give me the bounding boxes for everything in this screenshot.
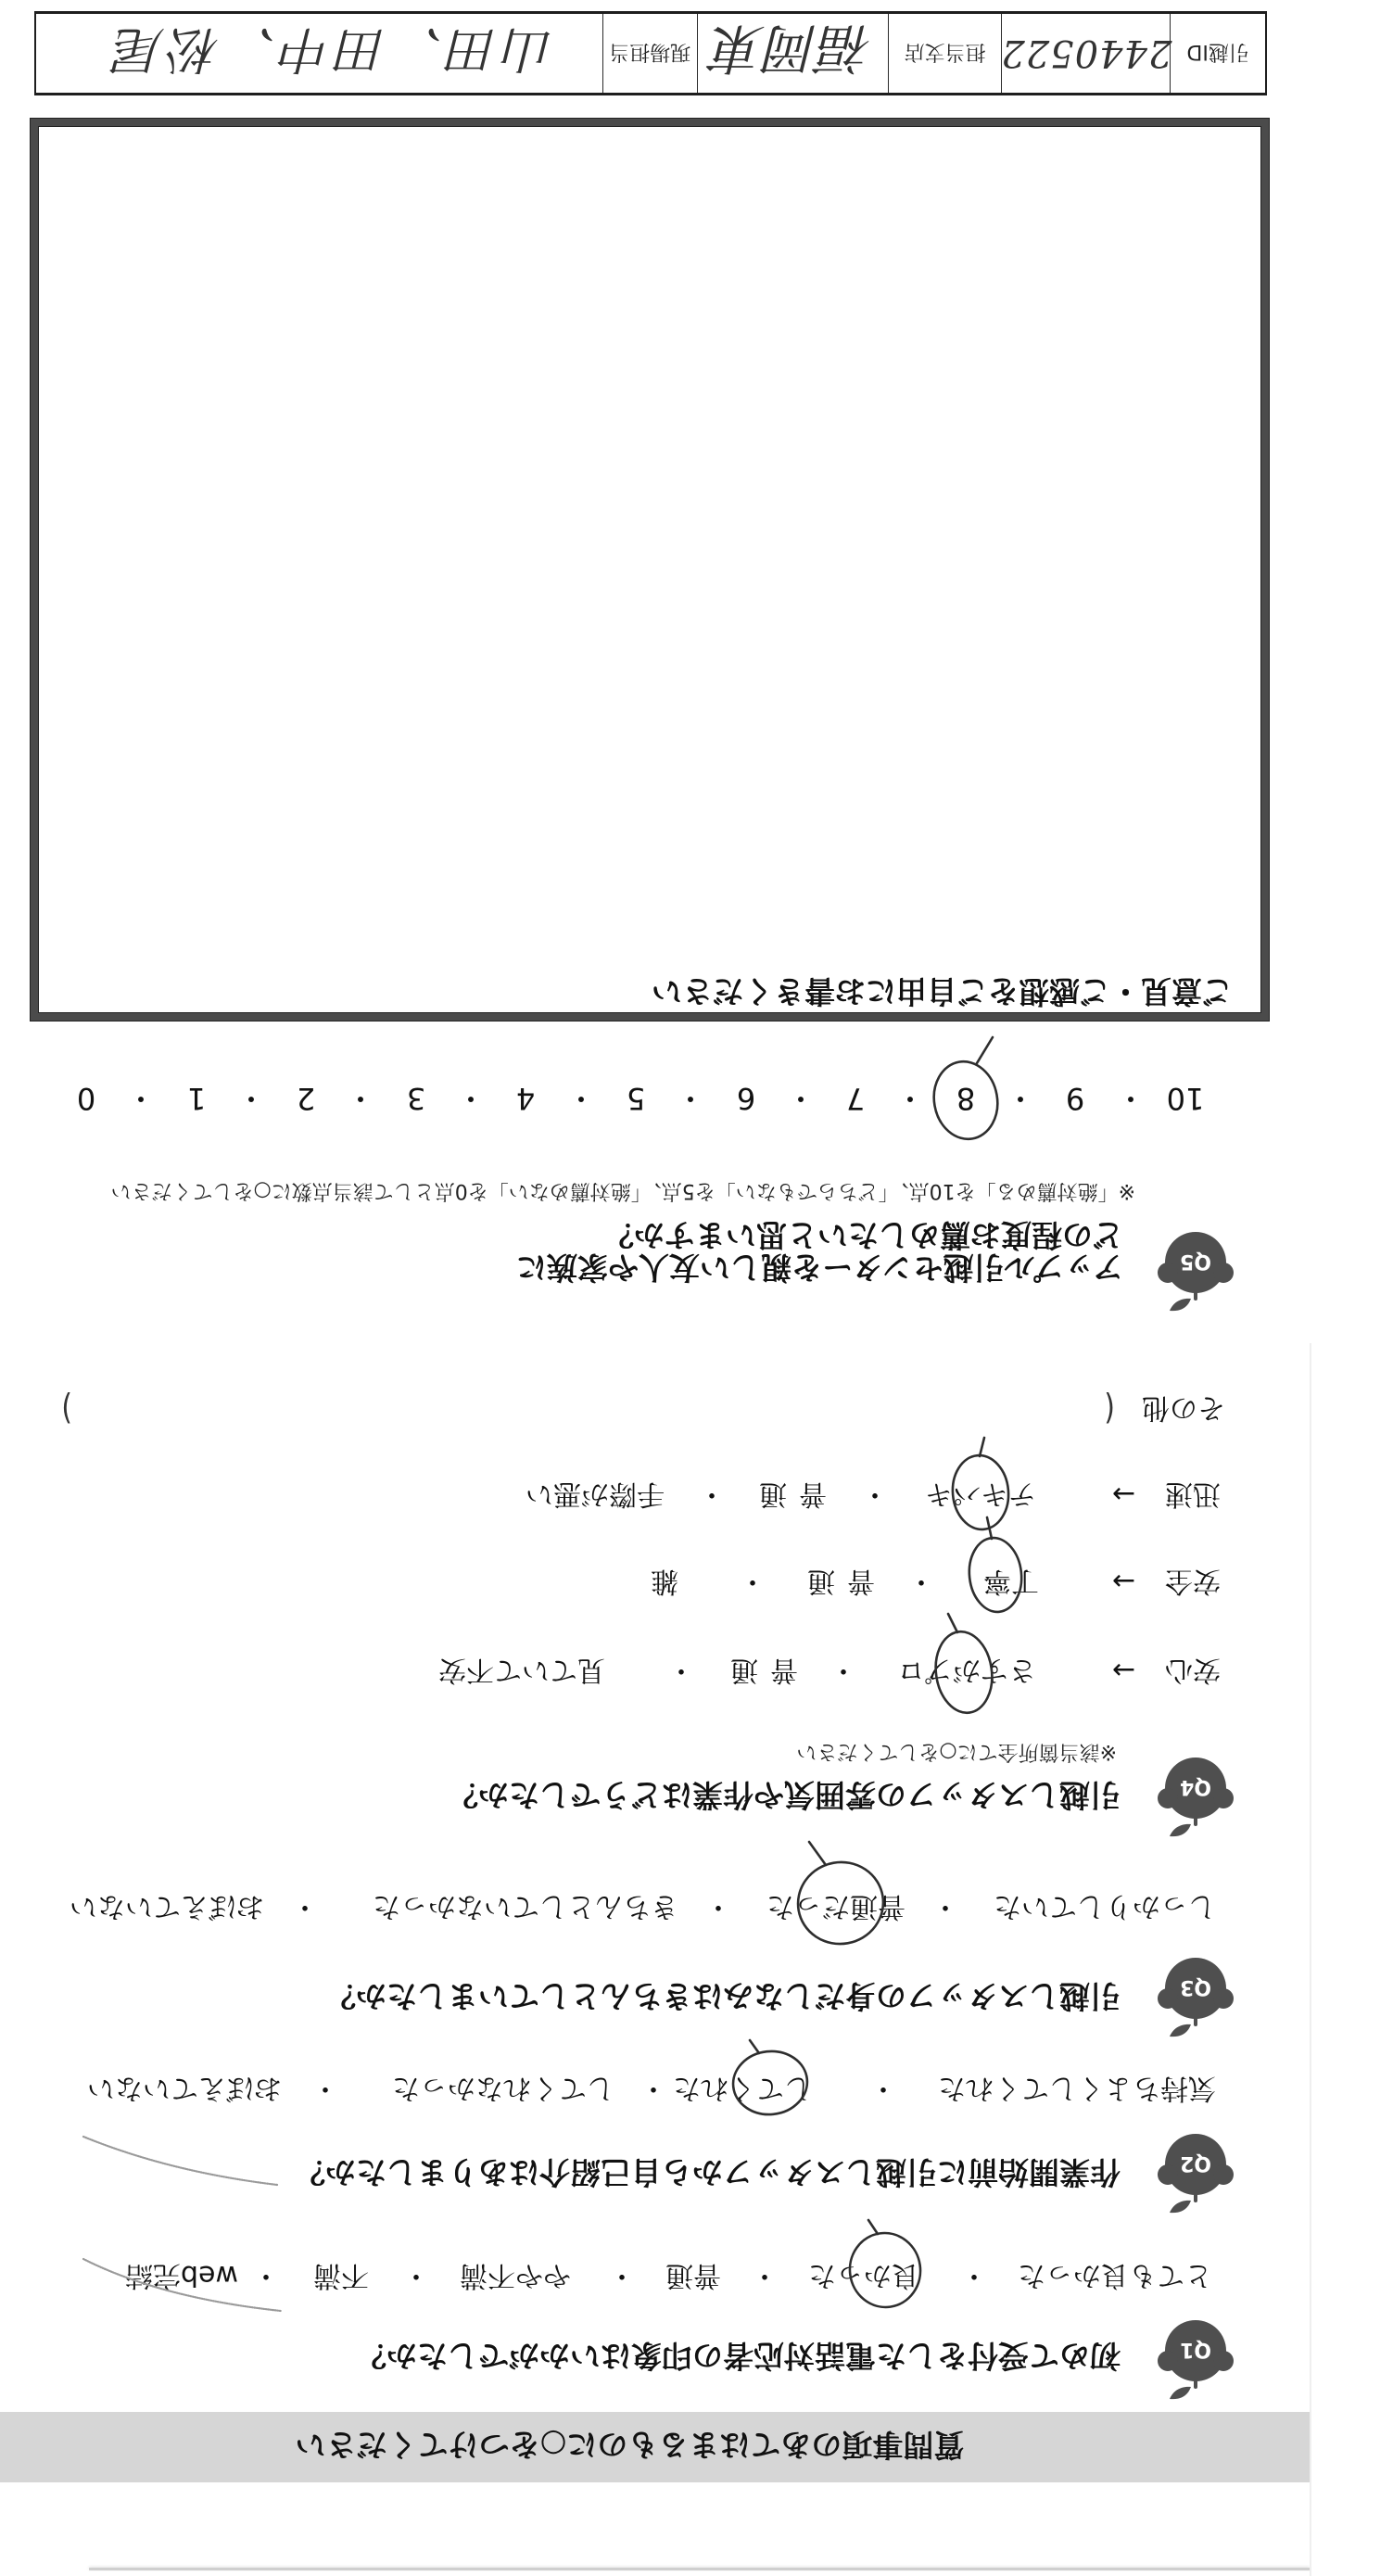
branch-label-cell: 担当支店: [888, 14, 1002, 93]
q4-row1-option: 雑: [651, 1565, 678, 1596]
score-4: 4: [498, 1082, 553, 1115]
q3-option: きちんとしていなかった: [373, 1890, 678, 1922]
score-3: 3: [388, 1082, 444, 1115]
scanned-survey-form: 質問事項のあてはまるものに○をつけてください Q1 初めて受付をした電話対応者の…: [0, 0, 1393, 2576]
option-separator: ・: [861, 1478, 889, 1509]
q2-option: おぼえていない: [87, 2072, 282, 2103]
q2-apple-badge-icon: Q2: [1154, 2131, 1237, 2216]
q4-row0-option: 見ていて不安: [438, 1654, 605, 1685]
score-9: 9: [1047, 1082, 1103, 1115]
field-staff-label-cell: 現場担当: [602, 14, 697, 93]
score-separator: ・: [346, 1082, 375, 1115]
branch-value-cell: 福岡東: [697, 14, 888, 93]
score-separator: ・: [126, 1082, 156, 1115]
score-separator: ・: [895, 1082, 925, 1115]
q4-row0-option: 普通: [718, 1654, 798, 1685]
score-0: 0: [58, 1082, 114, 1115]
q5-apple-badge-icon: Q5: [1154, 1229, 1237, 1314]
q4-row2-option: 普通: [747, 1478, 827, 1509]
option-separator: ・: [960, 2259, 988, 2290]
q1-option: 普通: [665, 2259, 721, 2290]
move-info-table: 引越ID 2440522 担当支店 福岡東 現場担当 山田、田中、松尾: [34, 11, 1267, 95]
q5-scoring-note: ※「絶対薦める」を10点、「どちらでもない」を5点、「絶対薦めない」を0点として…: [111, 1178, 1135, 1202]
score-separator: ・: [456, 1082, 486, 1115]
q4-other-close-paren: ): [61, 1388, 72, 1428]
option-separator: ・: [402, 2259, 430, 2290]
paper-edge-left: [1310, 1343, 1311, 2576]
q3-option: おぼえていない: [70, 1890, 264, 1922]
option-separator: ・: [751, 2259, 779, 2290]
option-separator: ・: [311, 2072, 339, 2103]
q1-badge-label: Q1: [1180, 2338, 1211, 2361]
comment-box: ご意見・ご感想をご自由にお書きください: [31, 119, 1269, 1021]
q4-question-text: 引越しスタッフの雰囲気や作業はどうでしたか？: [448, 1777, 1121, 1812]
score-2: 2: [278, 1082, 334, 1115]
option-separator: ・: [869, 2072, 897, 2103]
q1-apple-badge-icon: Q1: [1154, 2317, 1237, 2403]
q4-row1-option-selected: 丁寧: [983, 1565, 1039, 1596]
field-staff-value: 山田、田中、松尾: [109, 18, 554, 89]
comment-box-title: ご意見・ご感想をご自由にお書きください: [652, 973, 1233, 1009]
q2-question-text: 作業開始前に引越しスタッフから自己紹介はありましたか？: [295, 2154, 1121, 2189]
option-separator: ・: [931, 1890, 959, 1922]
q4-apple-badge-icon: Q4: [1154, 1755, 1237, 1840]
q2-option: してくれなかった: [392, 2072, 614, 2103]
arrow-right-icon: →: [1112, 1654, 1135, 1685]
paper-edge-top: [89, 2568, 1310, 2570]
q3-badge-label: Q3: [1180, 1975, 1211, 1999]
q5-question-text-line2: どの程度お薦めしたいと思いますか？: [603, 1219, 1123, 1251]
q3-option-selected: 普通だった: [766, 1890, 905, 1922]
q3-apple-badge-icon: Q3: [1154, 1955, 1237, 2040]
score-separator: ・: [676, 1082, 705, 1115]
field-staff-value-cell: 山田、田中、松尾: [36, 14, 602, 93]
q4-other-label: その他: [1142, 1391, 1225, 1423]
q3-question-text: 引越しスタッフの身だしなみはきちんとしていましたか？: [325, 1978, 1121, 2013]
score-separator: ・: [236, 1082, 266, 1115]
move-id-label: 引越ID: [1186, 39, 1248, 68]
q1-option: 不満: [313, 2259, 369, 2290]
q4-row-label-speed: 迅速: [1165, 1478, 1221, 1509]
q5-question-text-line1: アップル引越センターを親しい友人や家族に: [516, 1251, 1123, 1284]
score-8-selected: 8: [938, 1082, 994, 1115]
q4-row-label-safety: 安全: [1165, 1565, 1221, 1596]
score-10: 10: [1158, 1082, 1213, 1115]
score-separator: ・: [786, 1082, 816, 1115]
pencil-stroke-q2: [83, 2137, 277, 2185]
instruction-text: 質問事項のあてはまるものに○をつけてください: [296, 2426, 965, 2469]
option-separator: ・: [608, 2259, 636, 2290]
q2-option-selected: してくれた: [673, 2072, 812, 2103]
option-separator: ・: [829, 1654, 857, 1685]
q1-option-selected: 良かった: [808, 2259, 919, 2290]
option-separator: ・: [698, 1478, 726, 1509]
score-separator: ・: [1006, 1082, 1035, 1115]
option-separator: ・: [907, 1565, 935, 1596]
q1-option: やや不満: [460, 2259, 571, 2290]
arrow-right-icon: →: [1112, 1565, 1135, 1596]
q2-badge-label: Q2: [1180, 2151, 1211, 2175]
option-separator: ・: [291, 1890, 319, 1922]
score-separator: ・: [1116, 1082, 1146, 1115]
move-id-value: 2440522: [1000, 32, 1171, 75]
q4-note: ※該当箇所全てに○をしてください: [796, 1739, 1117, 1763]
option-separator: ・: [640, 2072, 667, 2103]
move-id-label-cell: 引越ID: [1170, 14, 1265, 93]
score-7: 7: [828, 1082, 883, 1115]
q4-row2-option: 手際が悪い: [526, 1478, 665, 1509]
q4-row1-option: 普通: [795, 1565, 875, 1596]
score-separator: ・: [566, 1082, 596, 1115]
q1-option: とても良かった: [1018, 2259, 1212, 2290]
q5-badge-label: Q5: [1180, 1250, 1211, 1273]
score-5: 5: [608, 1082, 664, 1115]
option-separator: ・: [739, 1565, 766, 1596]
q4-row2-option-selected: テキパキ: [925, 1478, 1036, 1509]
q4-other-open-paren: (: [1104, 1388, 1115, 1428]
instruction-banner: 質問事項のあてはまるものに○をつけてください: [0, 2412, 1310, 2482]
branch-label: 担当支店: [905, 39, 986, 68]
option-separator: ・: [667, 1654, 695, 1685]
score-1: 1: [169, 1082, 224, 1115]
score-6: 6: [718, 1082, 774, 1115]
option-separator: ・: [252, 2259, 280, 2290]
q1-question-text: 初めて受付をした電話対応者の印象はいかがでしたか？: [356, 2338, 1121, 2373]
q4-row-label-reassurance: 安心: [1165, 1654, 1221, 1685]
move-id-value-cell: 2440522: [1001, 14, 1170, 93]
branch-value: 福岡東: [712, 15, 873, 93]
arrow-right-icon: →: [1112, 1478, 1135, 1509]
field-staff-label: 現場担当: [609, 39, 690, 68]
q4-badge-label: Q4: [1180, 1775, 1211, 1798]
q3-option: しっかりしていた: [994, 1890, 1216, 1922]
option-separator: ・: [704, 1890, 732, 1922]
q4-row0-option-selected: さすがプロ: [897, 1654, 1036, 1685]
q2-option: 気持ちよくしてくれた: [938, 2072, 1216, 2103]
q1-option-web-complete: web完結: [125, 2259, 238, 2290]
